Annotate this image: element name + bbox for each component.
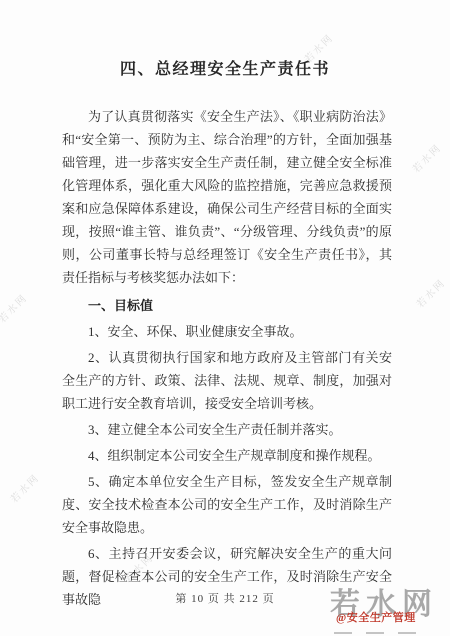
diagonal-watermark: 若水网 xyxy=(408,139,444,175)
section-heading: 一、目标值 xyxy=(62,294,392,317)
intro-paragraph: 为了认真贯彻落实《安全生产法》、《职业病防治法》和“安全第一、预防为主、综合治理… xyxy=(62,105,392,289)
diagonal-watermark: 若水网 xyxy=(0,289,30,325)
diagonal-watermark: 若水网 xyxy=(412,274,448,310)
list-item-5: 5、确定本单位安全生产目标，签发安全生产规章制度、安全技术检查本公司的安全生产工… xyxy=(62,470,392,539)
list-item-2: 2、认真贯彻执行国家和地方政府及主管部门有关安全生产的方针、政策、法律、法规、规… xyxy=(62,346,392,415)
list-item-4: 4、组织制定本公司安全生产规章制度和操作规程。 xyxy=(62,444,392,467)
list-item-3: 3、建立健全本公司安全生产责任制并落实。 xyxy=(62,418,392,441)
document-title: 四、总经理安全生产责任书 xyxy=(0,56,450,79)
document-page: 若水网 若水网 若水网 若水网 若水网 若水网 四、总经理安全生产责任书 为了认… xyxy=(0,0,450,636)
diagonal-watermark: 若水网 xyxy=(6,469,42,505)
document-body: 为了认真贯彻落实《安全生产法》、《职业病防治法》和“安全第一、预防为主、综合治理… xyxy=(62,105,392,611)
logo-overlay-text: @安全生产管理 xyxy=(336,609,416,625)
list-item-1: 1、安全、环保、职业健康安全事故。 xyxy=(62,320,392,343)
logo-underline-marks xyxy=(334,632,416,634)
watermark-logo: 若水网 @安全生产管理 xyxy=(330,588,448,636)
